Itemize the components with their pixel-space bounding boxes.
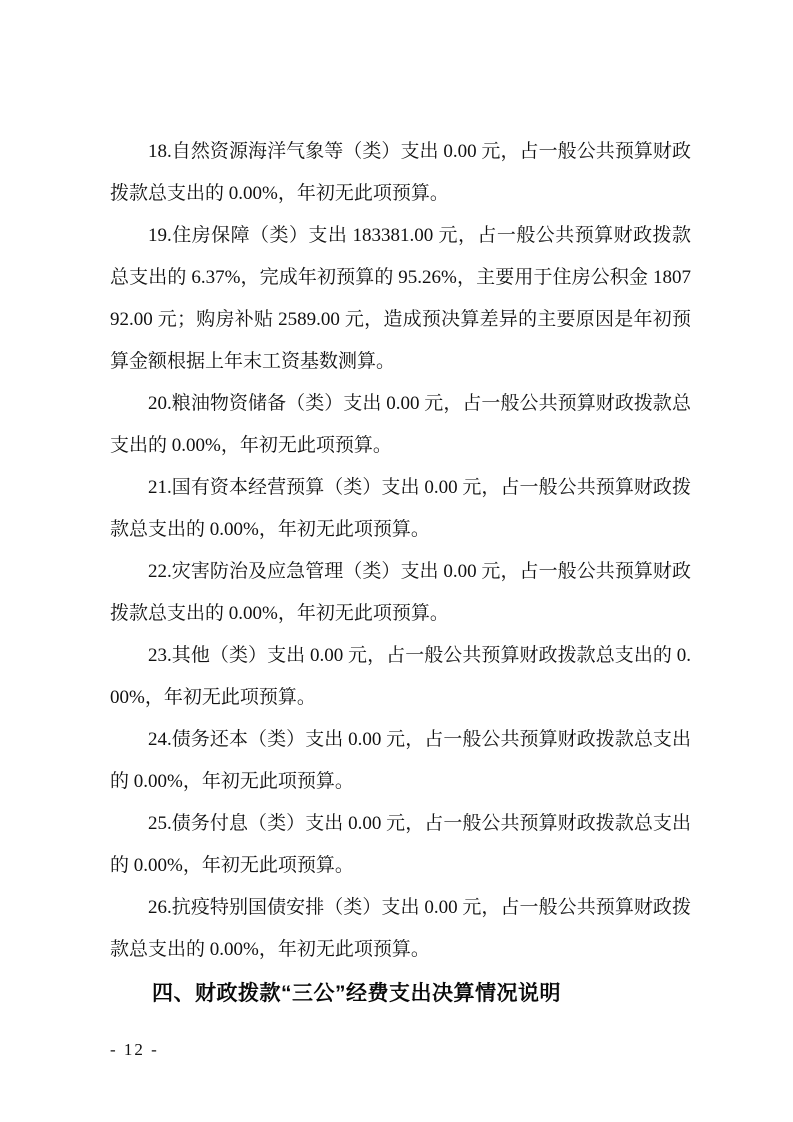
paragraph-item-22: 22.灾害防治及应急管理（类）支出 0.00 元，占一般公共预算财政拨款总支出的… (110, 551, 691, 635)
paragraph-item-19: 19.住房保障（类）支出 183381.00 元，占一般公共预算财政拨款总支出的… (110, 215, 691, 383)
document-page: 18.自然资源海洋气象等（类）支出 0.00 元，占一般公共预算财政拨款总支出的… (0, 0, 793, 1122)
paragraph-item-24: 24.债务还本（类）支出 0.00 元，占一般公共预算财政拨款总支出的 0.00… (110, 719, 691, 803)
paragraph-item-20: 20.粮油物资储备（类）支出 0.00 元，占一般公共预算财政拨款总支出的 0.… (110, 383, 691, 467)
paragraph-item-21: 21.国有资本经营预算（类）支出 0.00 元，占一般公共预算财政拨款总支出的 … (110, 467, 691, 551)
document-body: 18.自然资源海洋气象等（类）支出 0.00 元，占一般公共预算财政拨款总支出的… (110, 131, 691, 1015)
page-number: - 12 - (110, 1038, 159, 1062)
paragraph-item-26: 26.抗疫特别国债安排（类）支出 0.00 元，占一般公共预算财政拨款总支出的 … (110, 887, 691, 971)
paragraph-item-23: 23.其他（类）支出 0.00 元，占一般公共预算财政拨款总支出的 0.00%，… (110, 635, 691, 719)
section-heading: 四、财政拨款“三公”经费支出决算情况说明 (110, 973, 691, 1015)
paragraph-item-18: 18.自然资源海洋气象等（类）支出 0.00 元，占一般公共预算财政拨款总支出的… (110, 131, 691, 215)
paragraph-item-25: 25.债务付息（类）支出 0.00 元，占一般公共预算财政拨款总支出的 0.00… (110, 803, 691, 887)
